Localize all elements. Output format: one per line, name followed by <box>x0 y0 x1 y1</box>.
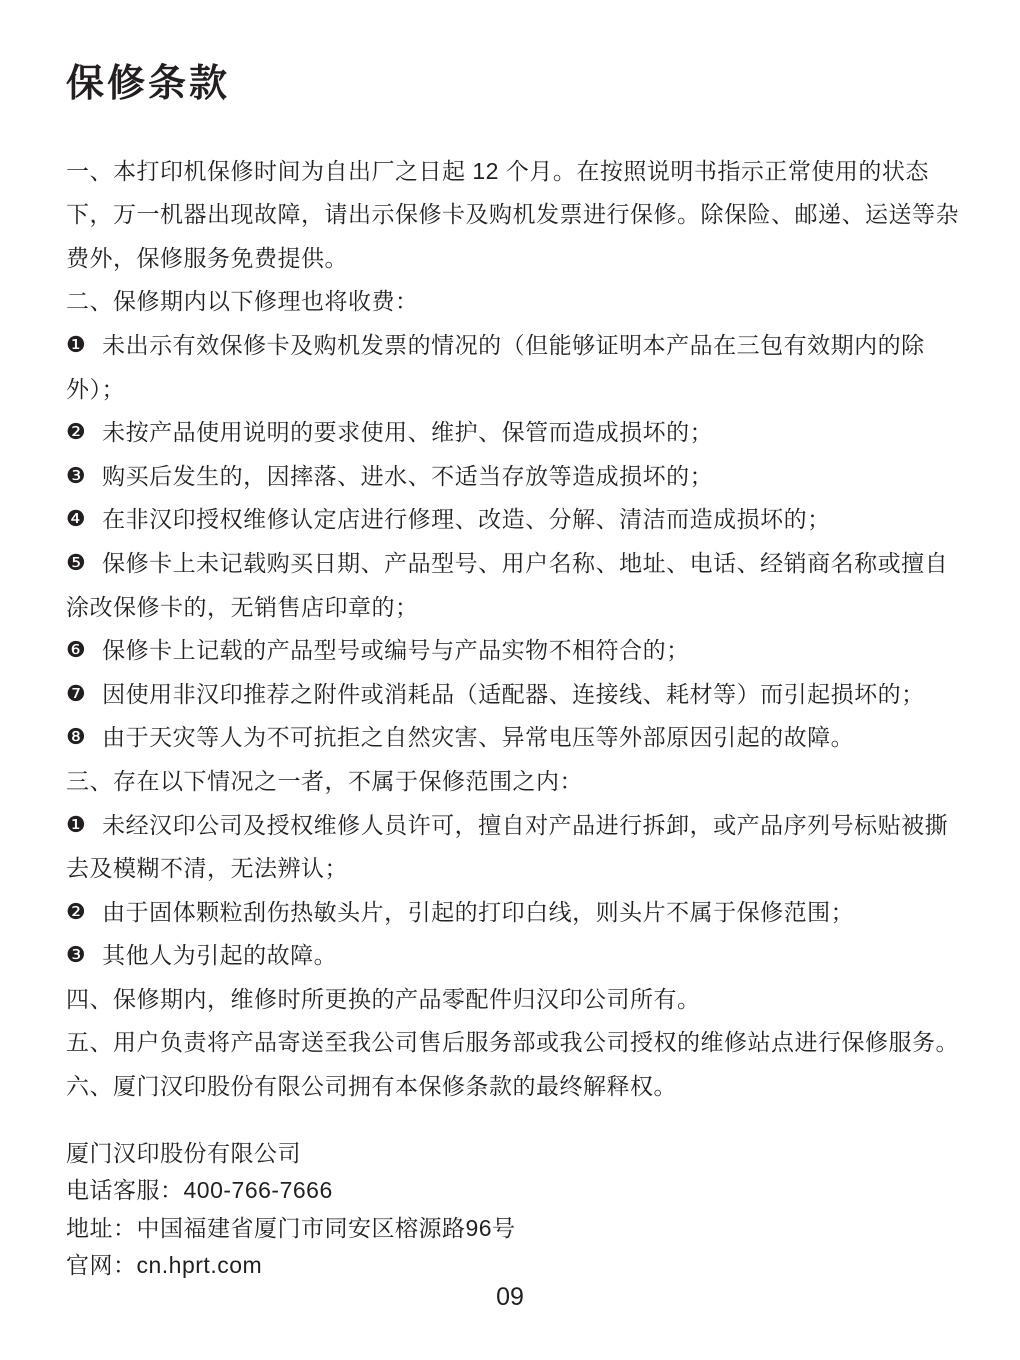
paragraph-text: 未按产品使用说明的要求使用、维护、保管而造成损坏的； <box>102 419 713 445</box>
paragraph: ❷ 未按产品使用说明的要求使用、维护、保管而造成损坏的； <box>66 411 964 455</box>
document-page: 保修条款 一、本打印机保修时间为自出厂之日起 12 个月。在按照说明书指示正常使… <box>0 0 1020 1285</box>
company-info-line: 官网：cn.hprt.com <box>66 1247 964 1285</box>
paragraph-text: 因使用非汉印推荐之附件或消耗品（适配器、连接线、耗材等）而引起损坏的； <box>102 681 925 707</box>
numbered-circle-icon: ❽ <box>66 724 86 749</box>
paragraph-text: 三、存在以下情况之一者，不属于保修范围之内： <box>66 768 583 794</box>
numbered-circle-icon: ❸ <box>66 942 86 967</box>
paragraph: ❷ 由于固体颗粒刮伤热敏头片，引起的打印白线，则头片不属于保修范围； <box>66 891 964 935</box>
numbered-circle-icon: ❼ <box>66 681 86 706</box>
company-info: 厦门汉印股份有限公司 电话客服：400-766-7666 地址：中国福建省厦门市… <box>66 1135 964 1285</box>
paragraph-text: 未经汉印公司及授权维修人员许可，擅自对产品进行拆卸，或产品序列号标贴被撕去及模糊… <box>66 812 948 882</box>
paragraph-text: 由于天灾等人为不可抗拒之自然灾害、异常电压等外部原因引起的故障。 <box>102 724 854 750</box>
paragraph-text: 在非汉印授权维修认定店进行修理、改造、分解、清洁而造成损坏的； <box>102 506 831 532</box>
company-info-line: 电话客服：400-766-7666 <box>66 1172 964 1210</box>
paragraph: 五、用户负责将产品寄送至我公司售后服务部或我公司授权的维修站点进行保修服务。 <box>66 1021 964 1065</box>
numbered-circle-icon: ❶ <box>66 812 86 837</box>
paragraph-text: 保修卡上未记载购买日期、产品型号、用户名称、地址、电话、经销商名称或擅自涂改保修… <box>66 550 948 620</box>
paragraph: ❶ 未经汉印公司及授权维修人员许可，擅自对产品进行拆卸，或产品序列号标贴被撕去及… <box>66 804 964 891</box>
paragraph: ❺ 保修卡上未记载购买日期、产品型号、用户名称、地址、电话、经销商名称或擅自涂改… <box>66 542 964 629</box>
paragraph: ❻ 保修卡上记载的产品型号或编号与产品实物不相符合的； <box>66 629 964 673</box>
paragraph: ❼ 因使用非汉印推荐之附件或消耗品（适配器、连接线、耗材等）而引起损坏的； <box>66 673 964 717</box>
page-number: 09 <box>0 1283 1020 1312</box>
paragraph: 六、厦门汉印股份有限公司拥有本保修条款的最终解释权。 <box>66 1065 964 1109</box>
paragraph: ❽ 由于天灾等人为不可抗拒之自然灾害、异常电压等外部原因引起的故障。 <box>66 716 964 760</box>
numbered-circle-icon: ❹ <box>66 506 86 531</box>
paragraph-text: 购买后发生的，因摔落、进水、不适当存放等造成损坏的； <box>102 463 713 489</box>
paragraph: 一、本打印机保修时间为自出厂之日起 12 个月。在按照说明书指示正常使用的状态下… <box>66 150 964 281</box>
paragraph-text: 其他人为引起的故障。 <box>102 942 337 968</box>
paragraph-text: 五、用户负责将产品寄送至我公司售后服务部或我公司授权的维修站点进行保修服务。 <box>66 1029 959 1055</box>
page-title: 保修条款 <box>66 62 964 108</box>
paragraph: 三、存在以下情况之一者，不属于保修范围之内： <box>66 760 964 804</box>
paragraph: ❹ 在非汉印授权维修认定店进行修理、改造、分解、清洁而造成损坏的； <box>66 498 964 542</box>
paragraph: 四、保修期内，维修时所更换的产品零配件归汉印公司所有。 <box>66 978 964 1022</box>
paragraph-text: 保修卡上记载的产品型号或编号与产品实物不相符合的； <box>102 637 690 663</box>
company-info-line: 厦门汉印股份有限公司 <box>66 1135 964 1173</box>
numbered-circle-icon: ❷ <box>66 419 86 444</box>
paragraph-text: 二、保修期内以下修理也将收费： <box>66 288 419 314</box>
paragraph: ❸ 其他人为引起的故障。 <box>66 934 964 978</box>
numbered-circle-icon: ❺ <box>66 550 86 575</box>
paragraph-text: 由于固体颗粒刮伤热敏头片，引起的打印白线，则头片不属于保修范围； <box>102 899 854 925</box>
numbered-circle-icon: ❻ <box>66 637 86 662</box>
paragraph: ❸ 购买后发生的，因摔落、进水、不适当存放等造成损坏的； <box>66 455 964 499</box>
paragraph-text: 未出示有效保修卡及购机发票的情况的（但能够证明本产品在三包有效期内的除外）； <box>66 332 925 402</box>
paragraph-text: 一、本打印机保修时间为自出厂之日起 12 个月。在按照说明书指示正常使用的状态下… <box>66 158 959 271</box>
numbered-circle-icon: ❸ <box>66 463 86 488</box>
paragraph-text: 六、厦门汉印股份有限公司拥有本保修条款的最终解释权。 <box>66 1073 677 1099</box>
paragraph-text: 四、保修期内，维修时所更换的产品零配件归汉印公司所有。 <box>66 986 701 1012</box>
company-info-line: 地址：中国福建省厦门市同安区榕源路96号 <box>66 1210 964 1248</box>
numbered-circle-icon: ❷ <box>66 899 86 924</box>
paragraph-list: 一、本打印机保修时间为自出厂之日起 12 个月。在按照说明书指示正常使用的状态下… <box>66 150 964 1109</box>
paragraph: ❶ 未出示有效保修卡及购机发票的情况的（但能够证明本产品在三包有效期内的除外）； <box>66 324 964 411</box>
numbered-circle-icon: ❶ <box>66 332 86 357</box>
paragraph: 二、保修期内以下修理也将收费： <box>66 280 964 324</box>
